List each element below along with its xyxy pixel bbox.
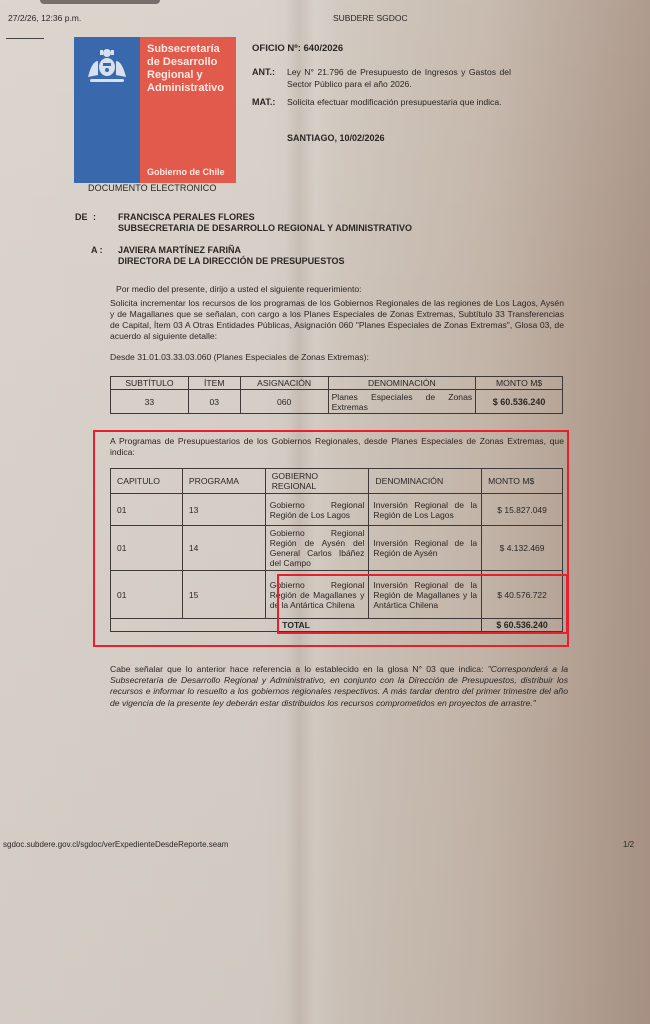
subdere-logo: Subsecretaría de Desarrollo Regional y A… <box>74 37 236 183</box>
ant-label: ANT.: <box>252 67 275 77</box>
sender-name: FRANCISCA PERALES FLORES <box>118 212 412 223</box>
to-label: A : <box>91 245 103 255</box>
place-date: SANTIAGO, 10/02/2026 <box>287 133 385 143</box>
cell-monto: $ 60.536.240 <box>476 390 563 414</box>
header-subtitulo: SUBTÍTULO <box>111 377 189 390</box>
ant-text: Ley N° 21.796 de Presupuesto de Ingresos… <box>287 67 511 90</box>
recipient-position: DIRECTORA DE LA DIRECCIÓN DE PRESUPUESTO… <box>118 256 345 267</box>
request-paragraph: Solicita incrementar los recursos de los… <box>110 298 564 342</box>
photo-edge <box>40 0 160 4</box>
closing-text: Cabe señalar que lo anterior hace refere… <box>110 664 488 674</box>
header-denominacion: DENOMINACIÓN <box>328 377 476 390</box>
table-header-row: SUBTÍTULO ÍTEM ASIGNACIÓN DENOMINACIÓN M… <box>111 377 563 390</box>
logo-government: Gobierno de Chile <box>147 167 225 177</box>
recipient: JAVIERA MARTÍNEZ FARIÑA DIRECTORA DE LA … <box>118 245 345 267</box>
print-datetime: 27/2/26, 12:36 p.m. <box>8 13 81 23</box>
cell-subtitulo: 33 <box>111 390 189 414</box>
table-row: 33 03 060 Planes Especiales de Zonas Ext… <box>111 390 563 414</box>
from-label: DE <box>75 212 88 222</box>
sender: FRANCISCA PERALES FLORES SUBSECRETARIA D… <box>118 212 412 234</box>
margin-line <box>6 38 44 39</box>
cell-denominacion: Planes Especiales de Zonas Extremas <box>328 390 476 414</box>
closing-paragraph: Cabe señalar que lo anterior hace refere… <box>110 664 568 709</box>
document-type-label: DOCUMENTO ELECTRONICO <box>88 183 216 193</box>
header-item: ÍTEM <box>188 377 240 390</box>
sender-position: SUBSECRETARIA DE DESARROLLO REGIONAL Y A… <box>118 223 412 234</box>
highlight-box-magallanes <box>277 574 568 634</box>
header-asignacion: ASIGNACIÓN <box>240 377 328 390</box>
cell-item: 03 <box>188 390 240 414</box>
source-budget-table: SUBTÍTULO ÍTEM ASIGNACIÓN DENOMINACIÓN M… <box>110 376 563 414</box>
logo-red-panel: Subsecretaría de Desarrollo Regional y A… <box>140 37 236 183</box>
logo-blue-panel <box>74 37 140 183</box>
logo-institution-name: Subsecretaría de Desarrollo Regional y A… <box>147 43 224 95</box>
intro-paragraph: Por medio del presente, dirijo a usted e… <box>116 284 556 295</box>
coat-of-arms-icon <box>84 47 130 87</box>
mat-label: MAT.: <box>252 97 275 107</box>
mat-text: Solicita efectuar modificación presupues… <box>287 97 511 109</box>
from-colon: : <box>93 212 96 222</box>
page-number: 1/2 <box>623 840 634 849</box>
system-title: SUBDERE SGDOC <box>333 13 408 23</box>
source-account-line: Desde 31.01.03.33.03.060 (Planes Especia… <box>110 352 564 363</box>
oficio-number: OFICIO Nº: 640/2026 <box>252 43 343 54</box>
recipient-name: JAVIERA MARTÍNEZ FARIÑA <box>118 245 345 256</box>
header-monto: MONTO M$ <box>476 377 563 390</box>
footer-url: sgdoc.subdere.gov.cl/sgdoc/verExpediente… <box>3 840 228 849</box>
cell-asignacion: 060 <box>240 390 328 414</box>
